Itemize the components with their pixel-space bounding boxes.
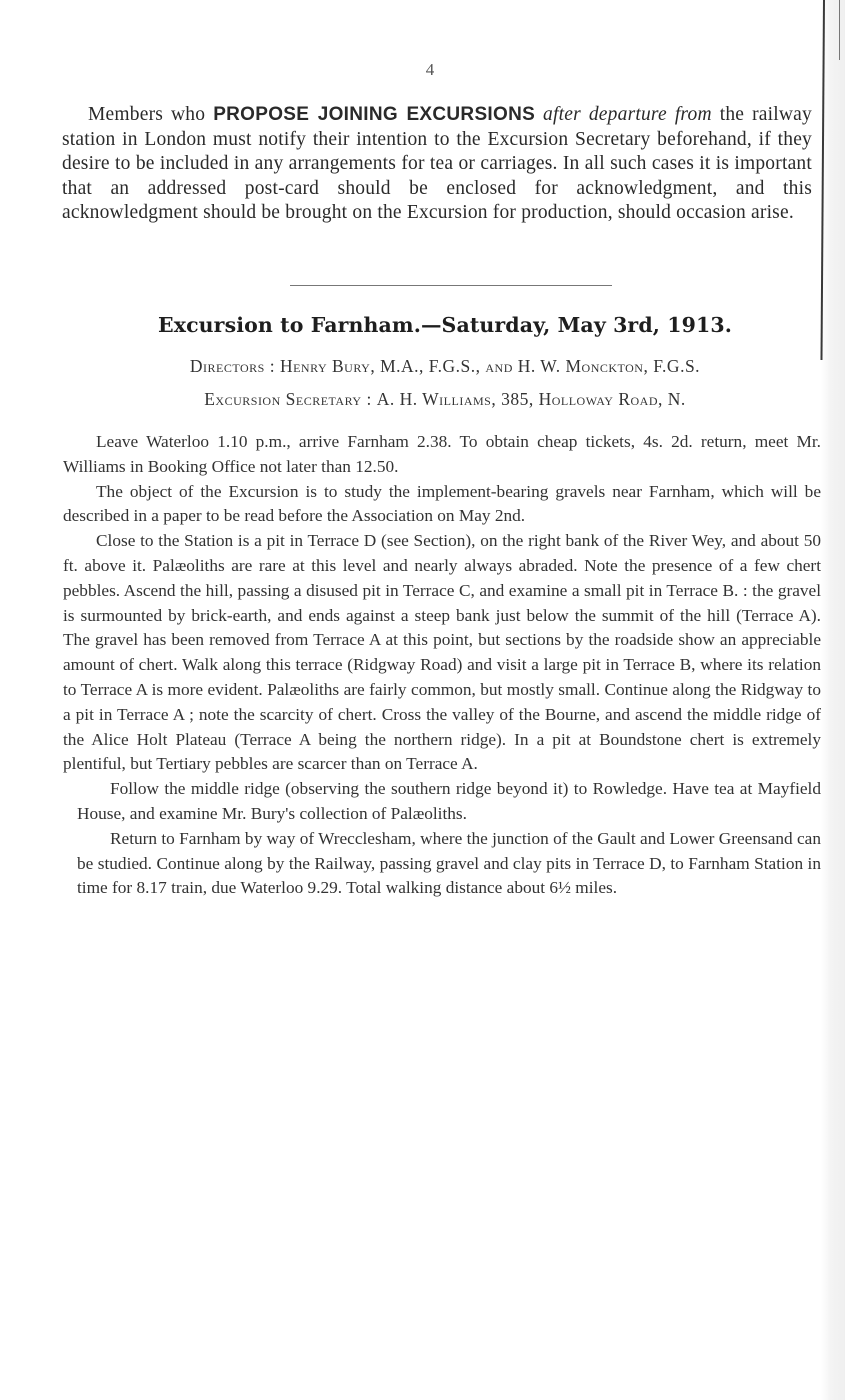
notice-lead: Members who — [88, 104, 213, 125]
page-edge-line-secondary — [839, 0, 840, 60]
directors-names: Henry Bury, M.A., F.G.S., and H. W. Monc… — [280, 356, 700, 376]
paragraph-travel: Leave Waterloo 1.10 p.m., arrive Farnham… — [63, 430, 821, 480]
excursion-body: Leave Waterloo 1.10 p.m., arrive Farnham… — [63, 430, 821, 901]
secretary-details: A. H. Williams, 385, Holloway Road, N. — [377, 389, 686, 409]
paragraph-follow-ridge: Follow the middle ridge (observing the s… — [63, 777, 821, 827]
paragraph-return: Return to Farnham by way of Wrecclesham,… — [63, 827, 821, 901]
secretary-label: Excursion Secretary : — [204, 389, 372, 409]
page-number: 4 — [0, 60, 845, 80]
secretary-line: Excursion Secretary : A. H. Williams, 38… — [0, 389, 845, 410]
directors-line: Directors : Henry Bury, M.A., F.G.S., an… — [0, 356, 845, 377]
page-edge-shadow — [821, 0, 845, 1400]
paragraph-object: The object of the Excursion is to study … — [63, 480, 821, 530]
section-divider — [290, 285, 612, 286]
directors-label: Directors : — [190, 356, 275, 376]
page-edge-line — [820, 0, 825, 360]
excursion-title: Excursion to Farnham.—Saturday, May 3rd,… — [0, 313, 845, 337]
notice-emphasis-italic: after departure from — [535, 104, 712, 125]
paragraph-route: Close to the Station is a pit in Terrace… — [63, 529, 821, 777]
notice-emphasis-caps: PROPOSE JOINING EXCURSIONS — [213, 104, 535, 125]
members-notice: Members who PROPOSE JOINING EXCURSIONS a… — [62, 103, 812, 226]
